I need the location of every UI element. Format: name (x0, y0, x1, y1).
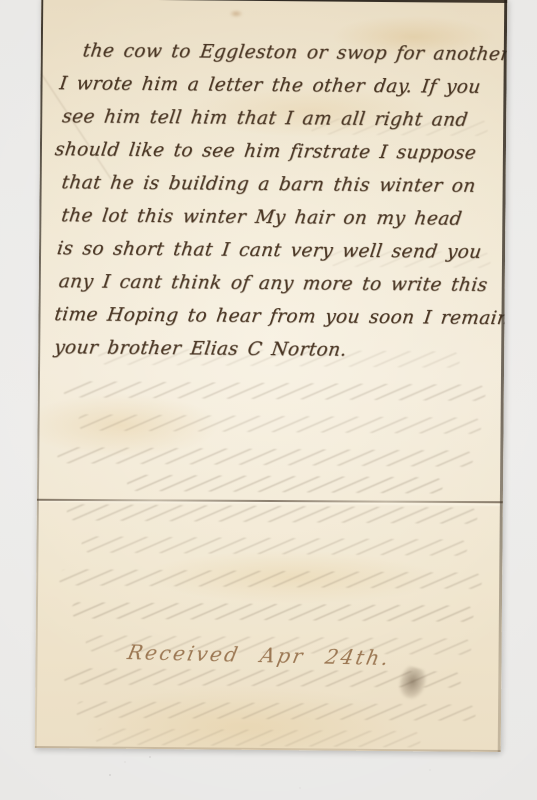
received-annotation: Received Apr 24th. (126, 640, 394, 670)
bleedthrough-writing (75, 701, 476, 720)
ink-stain (396, 664, 430, 702)
letter-line: time Hoping to hear from you soon I rema… (52, 298, 502, 335)
letter-line: is so short that I cant very well send y… (55, 232, 503, 269)
paper-stain (229, 10, 243, 18)
letter-body: the cow to Eggleston or swop for another… (46, 34, 503, 368)
bleedthrough-writing (67, 504, 478, 524)
paper-edge-bottom (35, 746, 501, 752)
bleedthrough-writing (78, 414, 482, 434)
bleedthrough-writing (71, 602, 474, 622)
letter-line: any I cant think of any more to write th… (57, 265, 503, 302)
letter-line: that he is building a barn this winter o… (59, 166, 503, 203)
bleedthrough-writing (57, 447, 473, 467)
letter-line: see him tell him that I am all right and (60, 100, 504, 137)
letter-line: should like to see him firstrate I suppo… (53, 133, 504, 170)
bleedthrough-writing (81, 536, 467, 555)
letter-line: the lot this winter My hair on my head (59, 199, 503, 236)
scanner-background: the cow to Eggleston or swop for another… (0, 0, 537, 800)
bleedthrough-writing (58, 569, 482, 589)
signature-line: your brother Elias C Norton. (52, 331, 502, 368)
bleedthrough-writing (63, 381, 486, 401)
paper-edge-top (41, 0, 507, 3)
letter-line: the cow to Eggleston or swop for another… (81, 34, 505, 71)
bleedthrough-writing (127, 475, 443, 494)
letter-line: I wrote him a letter the other day. If y… (57, 67, 504, 104)
bleedthrough-writing (95, 728, 421, 747)
letter-page: the cow to Eggleston or swop for another… (35, 0, 508, 752)
paper-edge-left (35, 0, 44, 748)
